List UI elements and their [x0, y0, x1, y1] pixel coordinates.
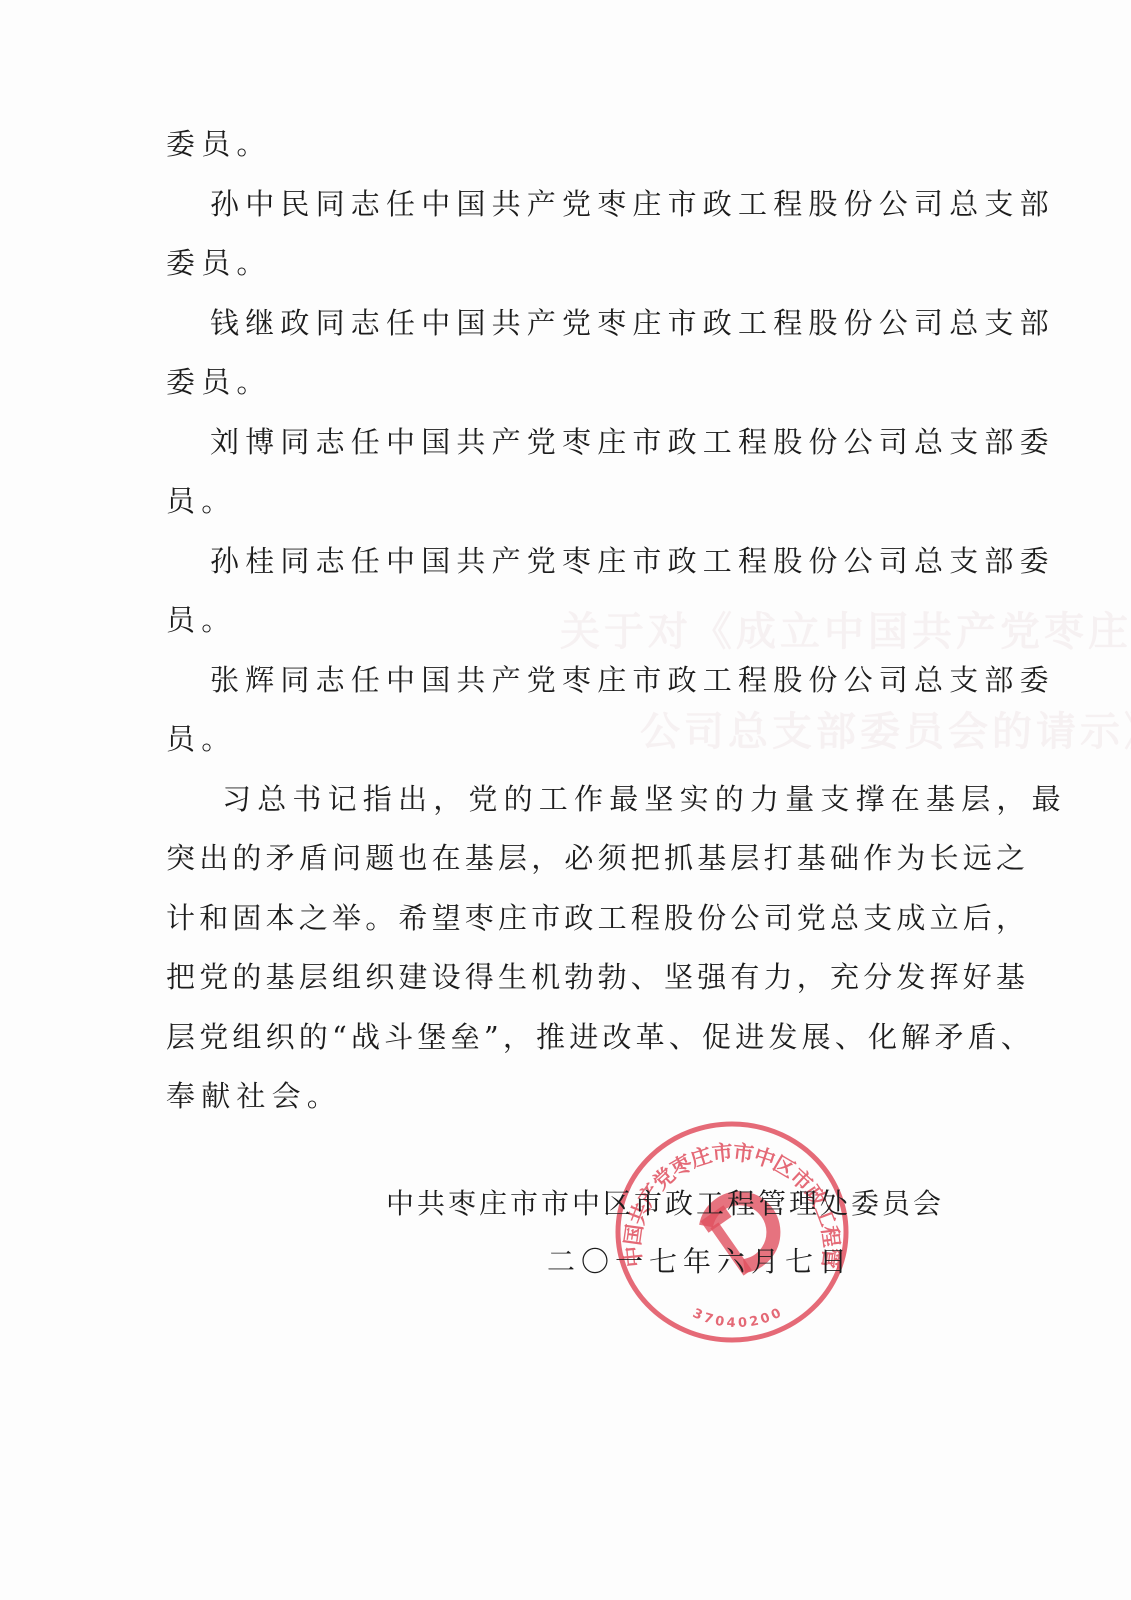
paragraph-line: 孙桂同志任中国共产党枣庄市政工程股份公司总支部委: [210, 543, 1055, 579]
paragraph-line: 刘博同志任中国共产党枣庄市政工程股份公司总支部委: [210, 424, 1055, 460]
paragraph-line: 员。: [166, 721, 236, 757]
issue-date: 二〇一七年六月七日: [547, 1240, 853, 1280]
paragraph-line: 计和固本之举。希望枣庄市政工程股份公司党总支成立后，: [166, 900, 1029, 936]
paragraph-line: 员。: [166, 602, 236, 638]
bleed-through-text: 关于对《成立中国共产党枣庄市政工程股份: [560, 600, 1131, 657]
paragraph-line: 委员。: [166, 364, 272, 400]
document-page: 关于对《成立中国共产党枣庄市政工程股份 公司总支部委员会的请示》的批复 委员。 …: [0, 0, 1131, 1600]
paragraph-line: 钱继政同志任中国共产党枣庄市政工程股份公司总支部: [210, 305, 1055, 341]
paragraph-line: 员。: [166, 483, 236, 519]
bleed-through-text: 公司总支部委员会的请示》的批复: [640, 700, 1131, 757]
paragraph-line: 习总书记指出，党的工作最坚实的力量支撑在基层，最: [222, 781, 1067, 817]
paragraph-line: 把党的基层组织建设得生机勃勃、坚强有力，充分发挥好基: [166, 959, 1029, 995]
paragraph-line: 层党组织的“战斗堡垒”，推进改革、促进发展、化解矛盾、: [166, 1019, 1034, 1055]
paragraph-line: 张辉同志任中国共产党枣庄市政工程股份公司总支部委: [210, 662, 1055, 698]
paragraph-line: 突出的矛盾问题也在基层，必须把抓基层打基础作为长远之: [166, 840, 1029, 876]
paragraph-line: 奉献社会。: [166, 1078, 342, 1114]
issuing-organization: 中共枣庄市市中区市政工程管理处委员会: [386, 1182, 944, 1222]
paragraph-line: 孙中民同志任中国共产党枣庄市政工程股份公司总支部: [210, 186, 1055, 222]
paragraph-line: 委员。: [166, 126, 272, 162]
official-seal-icon: 中国共产党枣庄市市中区市政工程管理处委员会 3704020025568: [608, 1116, 856, 1348]
paragraph-line: 委员。: [166, 245, 272, 281]
